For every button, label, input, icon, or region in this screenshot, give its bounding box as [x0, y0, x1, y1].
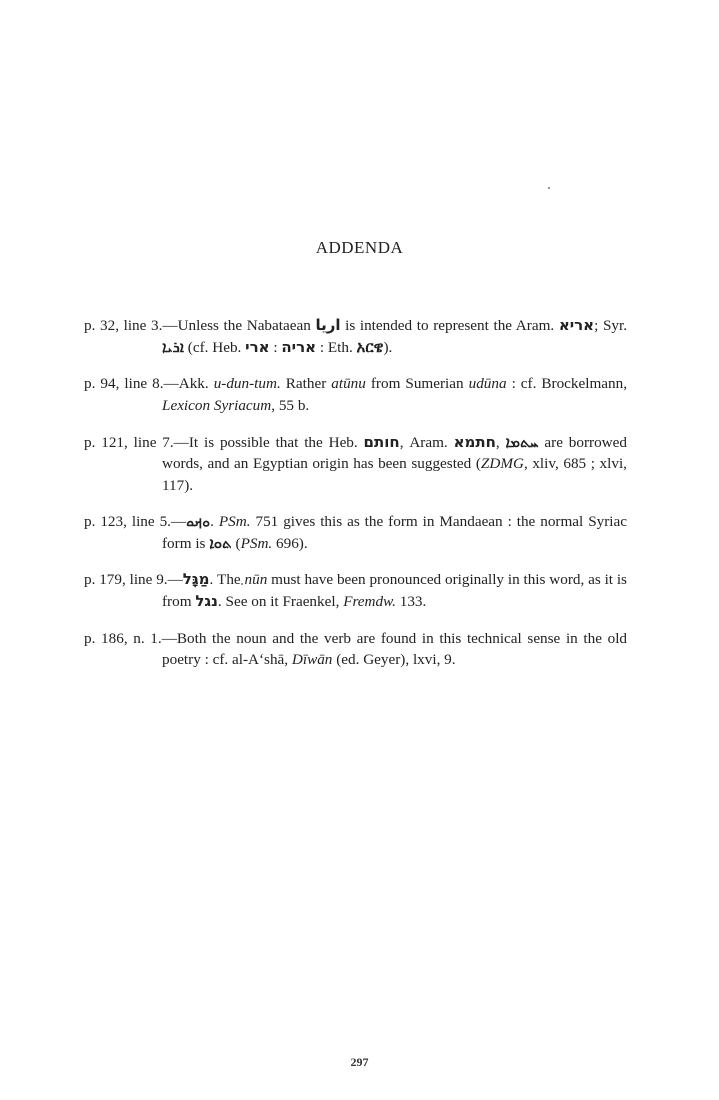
entry-text: (cf. Heb. [184, 339, 245, 356]
entry-text: ). [383, 339, 392, 356]
entry-reference: p. 32, line 3. [84, 317, 162, 334]
entry-text: — [168, 571, 183, 588]
addendum-entry-p32: p. 32, line 3.—Unless the Nabataean اريا… [84, 315, 627, 358]
syriac-word: ܚܬܡܐ [506, 433, 539, 451]
entry-text: —It is possible that the Heb. [174, 434, 364, 451]
entry-text: is intended to represent the Aram. [340, 317, 558, 334]
mandaic-word: ࡀࡕࡀ [186, 512, 210, 530]
entry-reference: p. 179, line 9. [84, 571, 168, 588]
entry-text: : [270, 339, 282, 356]
scan-speck [548, 187, 550, 189]
entry-text: 133. [396, 593, 426, 610]
entry-text: — [171, 513, 186, 530]
entry-text: Rather [281, 375, 331, 392]
entry-text: from Sumerian [366, 375, 469, 392]
entry-text: 696). [272, 535, 307, 552]
entry-reference: p. 121, line 7. [84, 434, 174, 451]
addendum-entry-p121: p. 121, line 7.—It is possible that the … [84, 432, 627, 497]
hebrew-word: נגל [195, 592, 218, 610]
entry-text: (ed. Geyer), lxvi, 9. [332, 651, 455, 668]
nabataean-word: اريا [315, 316, 340, 334]
sumerian-term: udūna [469, 375, 507, 392]
entry-text: : Eth. [316, 339, 357, 356]
journal-abbrev: ZDMG [481, 455, 524, 472]
addendum-entry-p94: p. 94, line 8.—Akk. u-dun-tum. Rather at… [84, 373, 627, 416]
work-title: Lexicon Syriacum [162, 397, 271, 414]
akkadian-term: u-dun-tum. [214, 375, 281, 392]
work-title: Dīwān [292, 651, 333, 668]
syriac-word: ܬܘܐ [209, 534, 231, 552]
entry-text: , [496, 434, 506, 451]
entry-text: . See on it Fraenkel, [218, 593, 343, 610]
aramaic-word: חתמא [454, 433, 496, 451]
entry-text: . The [209, 571, 244, 588]
scan-speck [241, 583, 243, 585]
addendum-entry-p186: p. 186, n. 1.—Both the noun and the verb… [84, 628, 627, 671]
addendum-entry-p179: p. 179, line 9.—מַגָּל. The nūn must hav… [84, 569, 627, 612]
hebrew-word: חותם [364, 433, 400, 451]
source-abbrev: PSm. [219, 513, 251, 530]
syriac-word: ܐܪܝܐ [162, 338, 184, 356]
page-number: 297 [0, 1055, 719, 1070]
entry-reference: p. 186, n. 1. [84, 630, 162, 647]
aramaic-word: אריא [559, 316, 594, 334]
entry-text: ; Syr. [594, 317, 627, 334]
entry-text: , Aram. [400, 434, 454, 451]
entry-text: , 55 b. [271, 397, 309, 414]
hebrew-word: ארי [245, 338, 269, 356]
source-abbrev: PSm. [241, 535, 273, 552]
entry-text: : cf. Brockelmann, [507, 375, 627, 392]
letter-name: nūn [245, 571, 268, 588]
ethiopic-word: አርዌ [357, 338, 384, 356]
addendum-entry-p123: p. 123, line 5.—ࡀࡕࡀ. PSm. 751 gives this… [84, 511, 627, 554]
entry-text: —Akk. [164, 375, 214, 392]
page-title: ADDENDA [0, 238, 719, 258]
work-title: Fremdw. [343, 593, 396, 610]
entry-reference: p. 123, line 5. [84, 513, 171, 530]
addenda-list: p. 32, line 3.—Unless the Nabataean اريا… [84, 300, 627, 686]
hebrew-word: אריה [281, 338, 316, 356]
entry-text: . [210, 513, 219, 530]
entry-text: —Unless the Nabataean [162, 317, 315, 334]
entry-reference: p. 94, line 8. [84, 375, 164, 392]
hebrew-word: מַגָּל [183, 570, 210, 588]
akkadian-term: atūnu [331, 375, 366, 392]
entry-text: ( [232, 535, 241, 552]
